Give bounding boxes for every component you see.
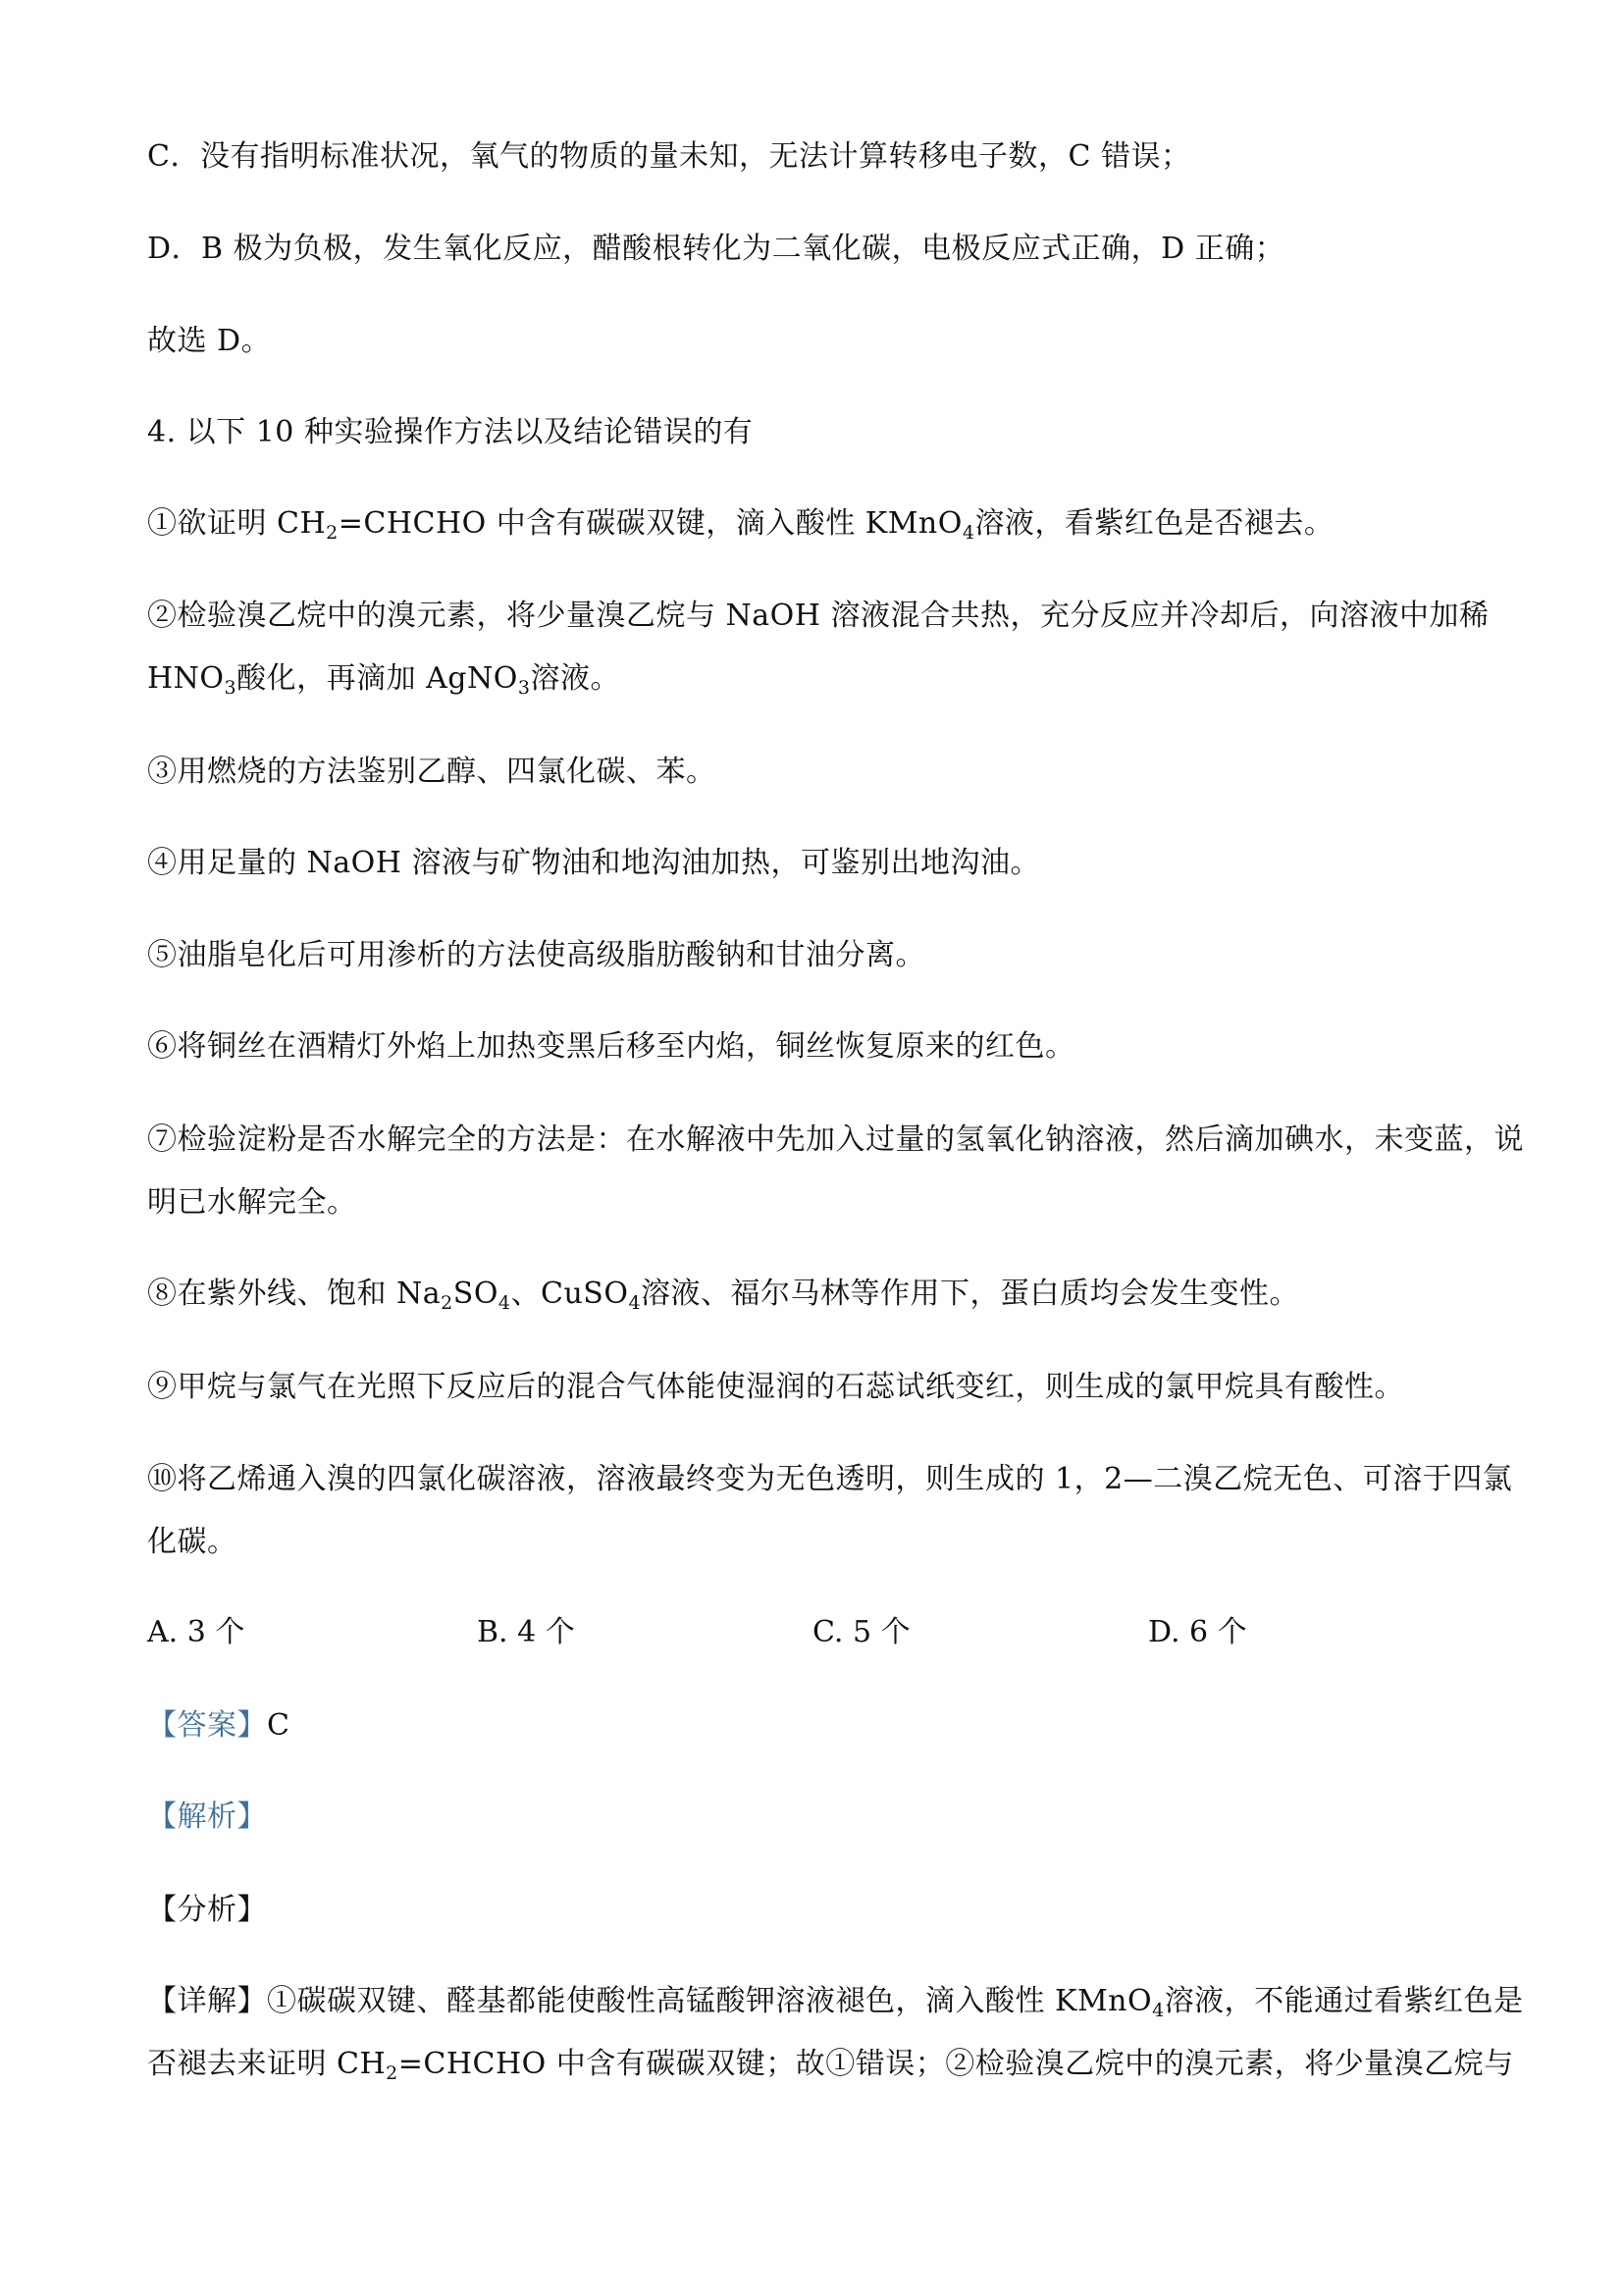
- subscript: 4: [1152, 2000, 1165, 2021]
- analysis-label: 【解析】: [147, 1800, 267, 1834]
- option-b: B. 4 个: [477, 1615, 575, 1650]
- breakdown-label: 【分析】: [147, 1893, 267, 1927]
- subscript: 4: [498, 1292, 511, 1314]
- option-d: D. 6 个: [1148, 1615, 1247, 1650]
- statement-9: ⑨甲烷与氯气在光照下反应后的混合气体能使湿润的石蕊试纸变红，则生成的氯甲烷具有酸…: [147, 1370, 1404, 1405]
- answer-value: C: [267, 1708, 289, 1743]
- statement-3: ③用燃烧的方法鉴别乙醇、四氯化碳、苯。: [147, 755, 716, 790]
- text-segment: ⑧在紫外线、饱和 Na: [147, 1277, 441, 1311]
- detail-text: ①碳碳双键、醛基都能使酸性高锰酸钾溶液褪色，滴入酸性 KMnO4溶液，不能通过看…: [267, 1984, 1524, 2018]
- breakdown-row: 【分析】: [147, 1893, 267, 1928]
- analysis-row: 【解析】: [147, 1800, 267, 1835]
- statement-2-cont: HNO3酸化，再滴加 AgNO3溶液。: [147, 661, 620, 705]
- statement-6: ⑥将铜丝在酒精灯外焰上加热变黑后移至内焰，铜丝恢复原来的红色。: [147, 1029, 1075, 1065]
- option-c-analysis: C．没有指明标准状况，氧气的物质的量未知，无法计算转移电子数，C 错误；: [147, 139, 1190, 175]
- statement-10: ⑩将乙烯通入溴的四氯化碳溶液，溶液最终变为无色透明，则生成的 1，2—二溴乙烷无…: [147, 1462, 1512, 1497]
- text-segment: ⑥将铜丝在酒精灯外焰上加热变黑后移至内焰，铜丝恢复原来的红色。: [147, 1029, 1075, 1064]
- text-segment: ①碳碳双键、醛基都能使酸性高锰酸钾溶液褪色，滴入酸性 KMnO: [267, 1984, 1152, 2018]
- text-segment: 溶液，看紫红色是否褪去。: [974, 506, 1334, 541]
- text-segment: 化碳。: [147, 1525, 237, 1559]
- statement-4: ④用足量的 NaOH 溶液与矿物油和地沟油加热，可鉴别出地沟油。: [147, 846, 1040, 881]
- text-segment: ⑦检验淀粉是否水解完全的方法是：在水解液中先加入过量的氢氧化钠溶液，然后滴加碘水…: [147, 1122, 1524, 1157]
- text-segment: ③用燃烧的方法鉴别乙醇、四氯化碳、苯。: [147, 755, 716, 789]
- text-segment: 溶液、福尔马林等作用下，蛋白质均会发生变性。: [641, 1277, 1299, 1311]
- text-segment: ⑩将乙烯通入溴的四氯化碳溶液，溶液最终变为无色透明，则生成的 1，2—二溴乙烷无…: [147, 1462, 1512, 1496]
- text-segment: =CHCHO 中含有碳碳双键；故①错误；②检验溴乙烷中的溴元素，将少量溴乙烷与: [398, 2047, 1514, 2081]
- statement-1: ①欲证明 CH2=CHCHO 中含有碳碳双键，滴入酸性 KMnO4溶液，看紫红色…: [147, 506, 1334, 550]
- text-segment: ④用足量的 NaOH 溶液与矿物油和地沟油加热，可鉴别出地沟油。: [147, 846, 1040, 880]
- statement-8: ⑧在紫外线、饱和 Na2SO4、CuSO4溶液、福尔马林等作用下，蛋白质均会发生…: [147, 1277, 1299, 1321]
- answer-row: 【答案】C: [147, 1708, 289, 1744]
- text-segment: 酸化，再滴加 AgNO: [236, 661, 518, 696]
- statement-2: ②检验溴乙烷中的溴元素，将少量溴乙烷与 NaOH 溶液混合共热，充分反应并冷却后…: [147, 599, 1489, 634]
- subscript: 3: [225, 677, 237, 699]
- text-segment: ②检验溴乙烷中的溴元素，将少量溴乙烷与 NaOH 溶液混合共热，充分反应并冷却后…: [147, 599, 1489, 633]
- option-d-analysis: D．B 极为负极，发生氧化反应，醋酸根转化为二氧化碳，电极反应式正确，D 正确；: [147, 232, 1284, 267]
- text-segment: SO: [453, 1277, 498, 1311]
- text-segment: 溶液。: [530, 661, 620, 696]
- answer-label: 【答案】: [147, 1708, 267, 1743]
- detail-row: 【详解】①碳碳双键、醛基都能使酸性高锰酸钾溶液褪色，滴入酸性 KMnO4溶液，不…: [147, 1984, 1524, 2028]
- detail-label: 【详解】: [147, 1984, 267, 2018]
- conclusion: 故选 D。: [147, 324, 271, 359]
- option-a: A. 3 个: [147, 1615, 244, 1650]
- subscript: 2: [386, 2062, 398, 2084]
- text-segment: =CHCHO 中含有碳碳双键，滴入酸性 KMnO: [339, 506, 963, 541]
- subscript: 2: [441, 1292, 453, 1314]
- subscript: 2: [326, 522, 339, 544]
- text-segment: ⑤油脂皂化后可用渗析的方法使高级脂肪酸钠和甘油分离。: [147, 938, 925, 972]
- detail-row-cont: 否褪去来证明 CH2=CHCHO 中含有碳碳双键；故①错误；②检验溴乙烷中的溴元…: [147, 2047, 1514, 2091]
- question-stem: 4. 以下 10 种实验操作方法以及结论错误的有: [147, 415, 753, 450]
- text-segment: ①欲证明 CH: [147, 506, 326, 541]
- statement-7-cont: 明已水解完全。: [147, 1185, 357, 1221]
- subscript: 3: [518, 677, 531, 699]
- subscript: 4: [628, 1292, 641, 1314]
- text-segment: HNO: [147, 661, 225, 696]
- text-segment: 否褪去来证明 CH: [147, 2047, 386, 2081]
- text-segment: 明已水解完全。: [147, 1185, 357, 1220]
- statement-5: ⑤油脂皂化后可用渗析的方法使高级脂肪酸钠和甘油分离。: [147, 938, 925, 973]
- text-segment: 、CuSO: [511, 1277, 629, 1311]
- option-c: C. 5 个: [812, 1615, 911, 1650]
- statement-7: ⑦检验淀粉是否水解完全的方法是：在水解液中先加入过量的氢氧化钠溶液，然后滴加碘水…: [147, 1122, 1524, 1158]
- text-segment: ⑨甲烷与氯气在光照下反应后的混合气体能使湿润的石蕊试纸变红，则生成的氯甲烷具有酸…: [147, 1370, 1404, 1404]
- statement-10-cont: 化碳。: [147, 1525, 237, 1560]
- document-page: C．没有指明标准状况，氧气的物质的量未知，无法计算转移电子数，C 错误； D．B…: [0, 0, 1623, 2296]
- text-segment: 溶液，不能通过看紫红色是: [1165, 1984, 1524, 2018]
- subscript: 4: [963, 522, 975, 544]
